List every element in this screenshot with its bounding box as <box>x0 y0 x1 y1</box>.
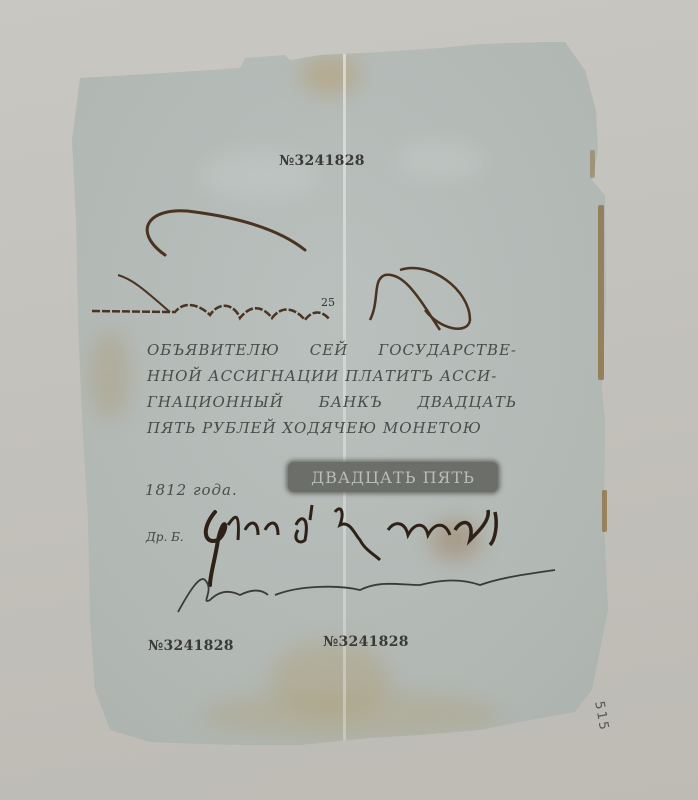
serial-number-bottom-left: №3241828 <box>148 638 234 654</box>
serial-number-bottom-right: №3241828 <box>323 634 409 650</box>
signature-bottom <box>0 0 698 800</box>
banknote-photo: №3241828 25 Объявителю сей государстве- … <box>0 0 698 800</box>
